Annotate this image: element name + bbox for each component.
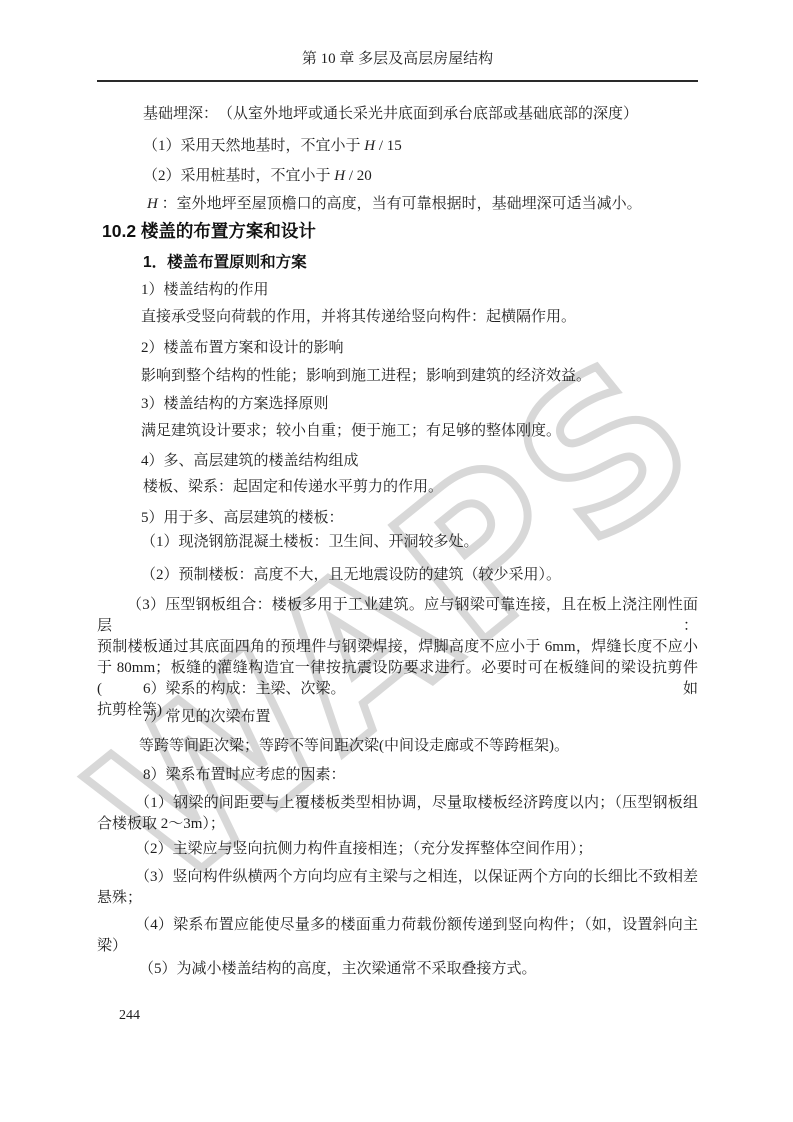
para-factors-title: 8）梁系布置时应考虑的因素： (97, 765, 698, 786)
para-factor-4-line: 梁） (97, 936, 698, 957)
var-h: H (364, 138, 375, 154)
var-h: H (147, 196, 158, 212)
chapter-title: 第 10 章 多层及高层房屋结构 (302, 51, 493, 67)
para-h-definition: H ：室外地坪至屋顶檐口的高度，当有可靠根据时，基础埋深可适当减小。 (97, 194, 698, 215)
para-beams-title: 6）梁系的构成：主梁、次梁。 (97, 679, 698, 700)
para-factor-2: （2）主梁应与竖向抗侧力构件直接相连；（充分发挥整体空间作用）； (97, 839, 698, 860)
para-principle-text: 满足建筑设计要求；较小自重；便于施工；有足够的整体刚度。 (97, 421, 698, 442)
document-page: WAPS 第 10 章 多层及高层房屋结构 基础埋深： （从室外地坪或通长采光井… (0, 0, 793, 1122)
para-factor-5: （5）为减小楼盖结构的高度，主次梁通常不采取叠接方式。 (97, 959, 698, 980)
para-natural-pre: （1）采用天然地基时，不宜小于 (143, 138, 364, 154)
para-principle-title: 3）楼盖结构的方案选择原则 (97, 394, 698, 415)
para-composition-text: 楼板、梁系：起固定和传递水平剪力的作用。 (97, 477, 698, 498)
page-header: 第 10 章 多层及高层房屋结构 (97, 50, 698, 82)
para-factor-1-line: （1）钢梁的间距要与上覆楼板类型相协调，尽量取楼板经济跨度以内；（压型钢板组 (97, 793, 698, 814)
para-secondary-title: 7）常见的次梁布置 (97, 707, 698, 728)
para-natural-ground: （1）采用天然地基时，不宜小于 H / 15 (97, 136, 698, 157)
para-pile-foundation: （2）采用桩基时，不宜小于 H / 20 (97, 166, 698, 187)
para-role-title: 1）楼盖结构的作用 (97, 280, 698, 301)
para-hdef-text: ：室外地坪至屋顶檐口的高度，当有可靠根据时，基础埋深可适当减小。 (158, 196, 642, 212)
para-factor-3-line: （3）竖向构件纵横两个方向均应有主梁与之相连，以保证两个方向的长细比不致相差 (97, 867, 698, 888)
para-factor-1: （1）钢梁的间距要与上覆楼板类型相协调，尽量取楼板经济跨度以内；（压型钢板组 合… (97, 793, 698, 835)
para-factor-1-line: 合楼板取 2～3m）； (97, 814, 698, 835)
page-number: 244 (119, 1007, 140, 1025)
para-foundation-depth: 基础埋深： （从室外地坪或通长采光井底面到承台底部或基础底部的深度） (97, 104, 698, 125)
para-influence-text: 影响到整个结构的性能；影响到施工进程；影响到建筑的经济效益。 (97, 366, 698, 387)
para-natural-post: / 15 (375, 138, 402, 154)
heading-floor-layout: 1．楼盖布置原则和方案 (97, 252, 698, 273)
para-factor-4: （4）梁系布置应能使尽量多的楼面重力荷载份额传递到竖向构件；（如，设置斜向主 梁… (97, 915, 698, 957)
para-pile-pre: （2）采用桩基时，不宜小于 (143, 168, 334, 184)
para-secondary-text: 等跨等间距次梁；等跨不等间距次梁(中间设走廊或不等跨框架)。 (97, 736, 698, 757)
para-slab-composite-line: 预制楼板通过其底面四角的预埋件与钢梁焊接，焊脚高度不应小于 6mm，焊缝长度不应… (97, 637, 698, 658)
para-factor-3-line: 悬殊； (97, 888, 698, 909)
para-factor-3: （3）竖向构件纵横两个方向均应有主梁与之相连，以保证两个方向的长细比不致相差 悬… (97, 867, 698, 909)
para-slab-composite-line: （3）压型钢板组合：楼板多用于工业建筑。应与钢梁可靠连接，且在板上浇注刚性面层： (97, 595, 698, 637)
para-slab-composite: （3）压型钢板组合：楼板多用于工业建筑。应与钢梁可靠连接，且在板上浇注刚性面层：… (97, 595, 698, 721)
para-composition-title: 4）多、高层建筑的楼盖结构组成 (97, 451, 698, 472)
var-h: H (334, 168, 345, 184)
para-slab-castinplace: （1）现浇钢筋混凝土楼板：卫生间、开洞较多处。 (97, 532, 698, 553)
para-role-text: 直接承受竖向荷载的作用，并将其传递给竖向构件：起横隔作用。 (97, 307, 698, 328)
para-pile-post: / 20 (345, 168, 372, 184)
para-factor-4-line: （4）梁系布置应能使尽量多的楼面重力荷载份额传递到竖向构件；（如，设置斜向主 (97, 915, 698, 936)
para-slab-precast: （2）预制楼板：高度不大，且无地震设防的建筑（较少采用）。 (97, 565, 698, 586)
para-slabs-title: 5）用于多、高层建筑的楼板： (97, 508, 698, 529)
heading-10-2: 10.2 楼盖的布置方案和设计 (97, 220, 698, 242)
para-influence-title: 2）楼盖布置方案和设计的影响 (97, 338, 698, 359)
